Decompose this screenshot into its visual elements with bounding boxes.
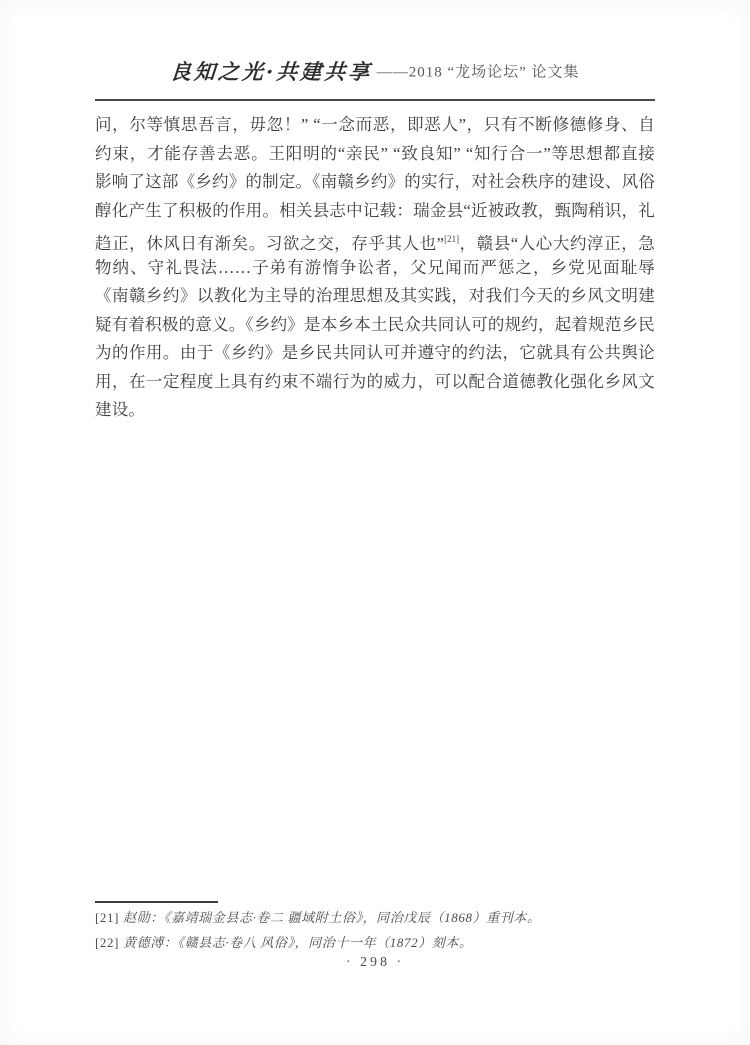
footnote-divider xyxy=(95,901,218,903)
page-number: · 298 · xyxy=(0,955,750,971)
footnote-item: [21]赵勋：《嘉靖瑞金县志·卷二 疆域附土俗》，同治戊辰（1868）重刊本。 xyxy=(95,905,675,930)
footnote-text: 赵勋：《嘉靖瑞金县志·卷二 疆域附土俗》，同治戊辰（1868）重刊本。 xyxy=(123,910,541,925)
header-divider xyxy=(95,99,655,101)
header-subtitle: ——2018 “龙场论坛” 论文集 xyxy=(377,65,580,81)
footnote-marker: [22] xyxy=(95,935,119,950)
body-line: 影响了这部《乡约》的制定。《南赣乡约》的实行，对社会秩序的建设、风俗的 xyxy=(95,168,655,197)
body-line: 疑有着积极的意义。《乡约》是本乡本土民众共同认可的规约，起着规范乡民行 xyxy=(95,311,655,340)
footnote-item: [22]黄德溥：《赣县志·卷八 风俗》，同治十一年（1872）刻本。 xyxy=(95,930,675,955)
footnote-marker: [21] xyxy=(95,910,119,925)
body-line: 问，尔等慎思吾言，毋忽！” “一念而恶，即恶人”，只有不断修德修身、自我 xyxy=(95,111,655,140)
page-header: 良知之光·共建共享 ——2018 “龙场论坛” 论文集 xyxy=(0,56,750,86)
body-line: 用，在一定程度上具有约束不端行为的威力，可以配合道德教化强化乡风文明的 xyxy=(95,368,655,397)
body-line: 物纳、守礼畏法……子弟有游惰争讼者，父兄闻而严惩之，乡党见面耻辱之”[22]。 xyxy=(95,254,655,283)
footnote-text: 黄德溥：《赣县志·卷八 风俗》，同治十一年（1872）刻本。 xyxy=(123,935,473,950)
footnote-ref: [21] xyxy=(444,234,459,244)
header-calligraphy-title: 良知之光·共建共享 xyxy=(169,56,373,86)
body-line: 建设。 xyxy=(95,396,655,425)
body-line: 约束，才能存善去恶。王阳明的“亲民” “致良知” “知行合一”等思想都直接 xyxy=(95,140,655,169)
body-line: 为的作用。由于《乡约》是乡民共同认可并遵守的约法，它就具有公共舆论的作 xyxy=(95,339,655,368)
footnotes: [21]赵勋：《嘉靖瑞金县志·卷二 疆域附土俗》，同治戊辰（1868）重刊本。[… xyxy=(95,905,675,955)
document-page: 良知之光·共建共享 ——2018 “龙场论坛” 论文集 问，尔等慎思吾言，毋忽！… xyxy=(0,0,750,1045)
body-paragraph: 问，尔等慎思吾言，毋忽！” “一念而恶，即恶人”，只有不断修德修身、自我约束，才… xyxy=(95,111,655,425)
body-line: 趋正，休风日有渐矣。习欲之交，存乎其人也”[21]，赣县“人心大约淳正，急公 xyxy=(95,225,655,254)
body-line: 《南赣乡约》以教化为主导的治理思想及其实践，对我们今天的乡风文明建设无 xyxy=(95,282,655,311)
body-line: 醇化产生了积极的作用。相关县志中记载：瑞金县“近被政教，甄陶稍识，礼度 xyxy=(95,197,655,226)
